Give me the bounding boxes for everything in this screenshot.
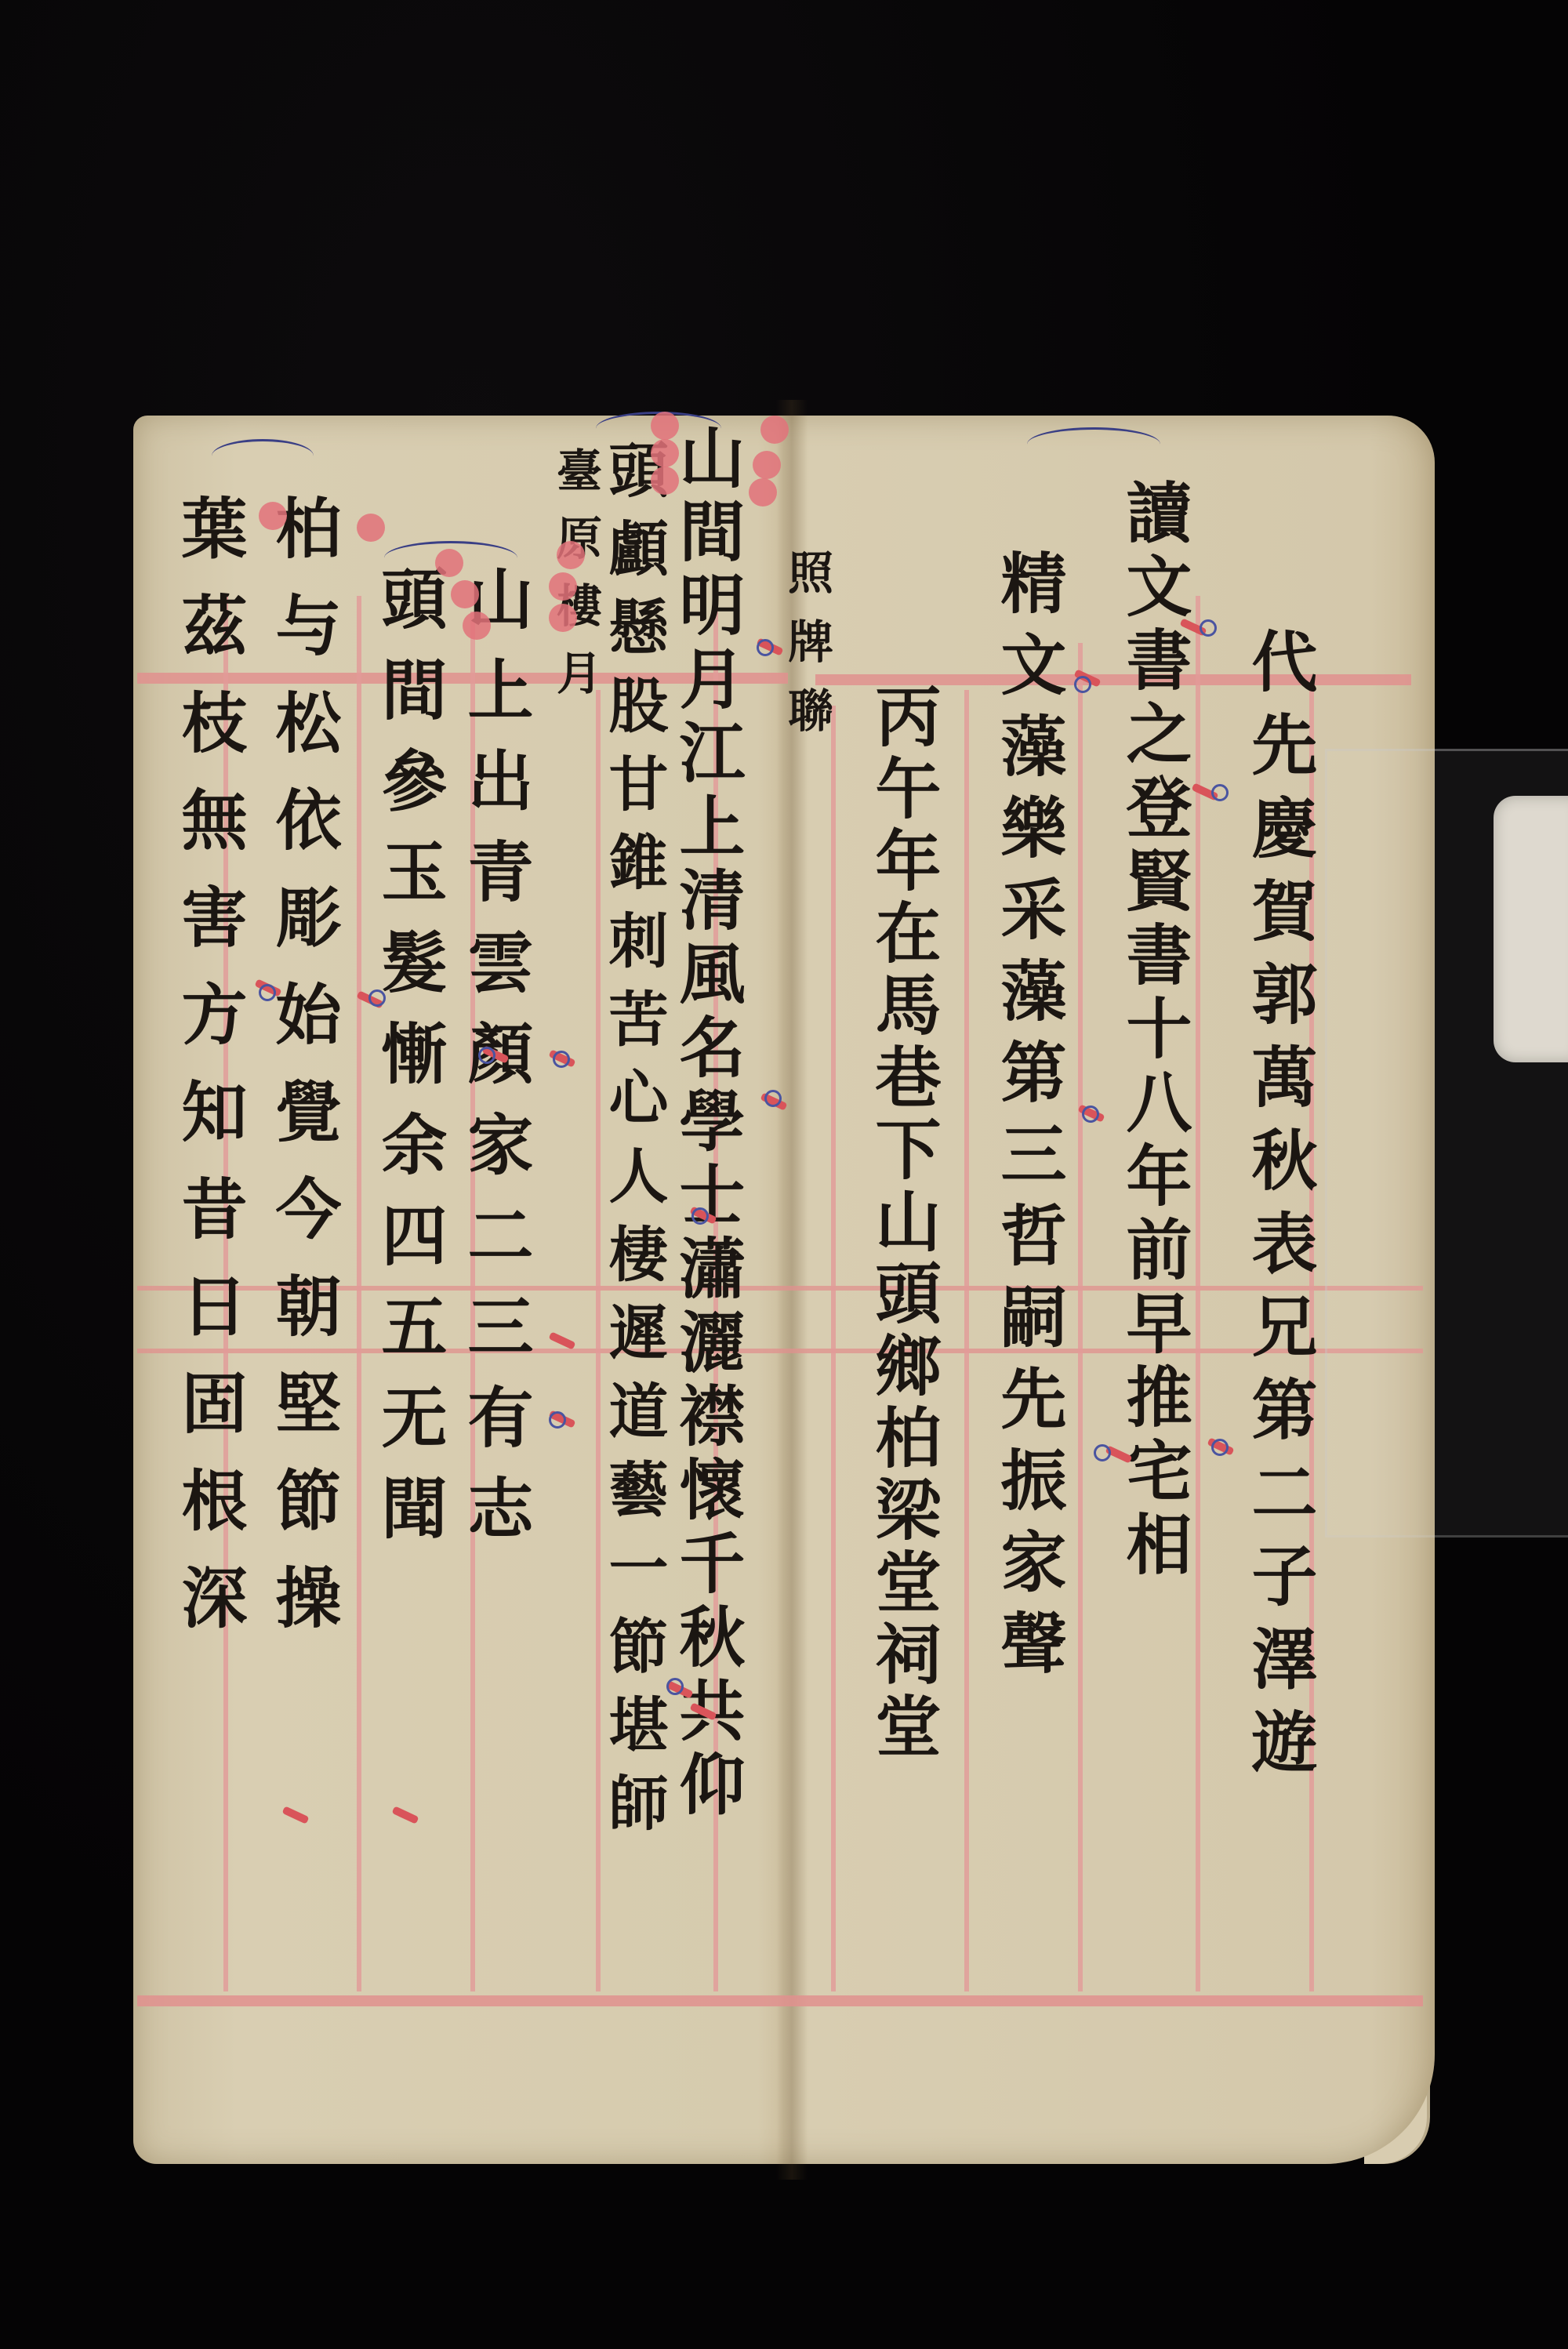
red-dot-mark xyxy=(463,612,491,640)
red-dot-mark xyxy=(357,514,385,542)
red-column-line xyxy=(1078,643,1083,1991)
red-ruling-bottom xyxy=(137,1995,1423,2006)
red-dot-mark xyxy=(651,467,679,495)
column-1-title: 代先慶賀郭萬秋表兄第二子澤遊 xyxy=(1247,627,1312,1960)
blue-circle-mark xyxy=(1074,676,1091,693)
red-dot-mark xyxy=(651,412,679,440)
red-dot-mark xyxy=(760,416,789,444)
red-column-line xyxy=(1196,596,1200,1991)
blue-circle-mark xyxy=(1200,619,1217,637)
blue-circle-mark xyxy=(1211,1439,1229,1456)
blue-circle-mark xyxy=(1082,1106,1099,1123)
blue-arc-mark xyxy=(212,439,314,473)
blue-circle-mark xyxy=(666,1678,684,1695)
red-dot-mark xyxy=(549,604,577,632)
column-4: 丙午年在馬巷下山頭鄉柏梁堂祠堂 xyxy=(870,682,936,1905)
red-dot-mark xyxy=(259,502,287,530)
column-3: 精文藻樂采藻第三哲嗣先振家聲 xyxy=(996,549,1062,1725)
blue-arc-mark xyxy=(1027,427,1160,461)
blue-circle-mark xyxy=(1094,1444,1111,1461)
red-dot-mark xyxy=(549,572,577,601)
red-column-line xyxy=(831,706,836,1991)
red-dot-mark xyxy=(451,580,479,608)
blue-circle-mark xyxy=(764,1090,782,1107)
column-7: 頭顱懸股甘錐刺苦心人棲遲道藝一節堪師 xyxy=(604,439,663,1976)
column-6: 山間明月江上清風名學士瀟灑襟懷千秋共仰 xyxy=(674,423,740,1976)
red-dot-mark xyxy=(753,451,781,479)
blue-circle-mark xyxy=(553,1051,570,1068)
red-dot-mark xyxy=(557,541,585,569)
column-10: 柏与松依彫始覺今朝堅節操 xyxy=(270,494,336,1788)
blue-circle-mark xyxy=(478,1047,495,1064)
column-8: 山上出青雲顏家二三有志 xyxy=(463,565,528,1599)
column-9: 頭間參玉髮慚余四五无聞 xyxy=(376,565,442,1599)
blue-circle-mark xyxy=(549,1411,566,1429)
column-2: 讀文書之登賢書十八年前早推宅相 xyxy=(1121,478,1187,1623)
blue-circle-mark xyxy=(757,639,774,656)
red-column-line xyxy=(964,690,969,1991)
blue-circle-mark xyxy=(691,1207,709,1225)
red-column-line xyxy=(357,596,361,1991)
blue-circle-mark xyxy=(259,984,276,1001)
red-dot-mark xyxy=(651,439,679,467)
blue-circle-mark xyxy=(368,989,386,1007)
red-dot-mark xyxy=(435,549,463,577)
clear-acrylic-strip xyxy=(1325,749,1568,1538)
column-11: 葉茲枝無害方知昔日固根深 xyxy=(176,494,242,1890)
blue-circle-mark xyxy=(1211,784,1229,801)
red-dot-mark xyxy=(749,478,777,506)
column-5-heading: 照牌聯 xyxy=(784,549,829,847)
